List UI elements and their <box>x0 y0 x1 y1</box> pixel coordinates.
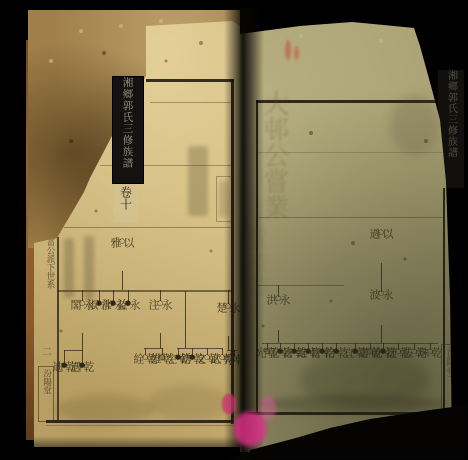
person-name: 以雅 <box>109 237 135 249</box>
page-gutter-shadow <box>224 8 264 460</box>
red-seal-mark <box>260 396 276 420</box>
bracket-line <box>144 348 163 349</box>
photo-of-genealogy-book: ○ 以雅 ○ 永閣 ● 永淑 ● 永泮 ● 永益 ○ 永注 ○ 永楚 ● 乾迪 … <box>0 0 468 460</box>
page-border <box>46 425 234 426</box>
book-title: 湘鄉郭氏三修族譜 <box>121 77 136 169</box>
ink-bleed-smudge <box>64 238 74 298</box>
person-name: 永波 <box>368 289 394 301</box>
stain <box>256 395 446 413</box>
tree-connector-line <box>278 330 279 343</box>
hall-name-box: 汾陽堂 <box>38 366 54 422</box>
red-seal-mark <box>222 394 236 414</box>
stain <box>55 395 155 423</box>
red-handwriting-mark <box>294 46 299 60</box>
page-border <box>46 420 234 423</box>
person-name: 永注 <box>147 299 173 311</box>
branch-line <box>256 285 344 286</box>
tree-connector-line <box>185 291 186 348</box>
bottom-shadow <box>34 436 240 456</box>
person-name: 以過 <box>368 228 394 240</box>
grid-line <box>150 102 232 103</box>
tree-connector-line <box>381 325 382 343</box>
ink-bleed-smudge <box>84 236 94 300</box>
hall-name: 汾陽堂 <box>41 369 51 421</box>
cover-title-label: 湘鄉郭氏三修族譜 <box>112 76 144 184</box>
page-border <box>57 237 59 421</box>
person-name: 乾珠 <box>417 347 443 359</box>
book-title: 湘鄉郭氏三修族譜 <box>444 70 459 158</box>
tree-connector-line <box>160 333 161 348</box>
volume-number: 卷十 <box>118 186 135 210</box>
person-name: 乾遇 <box>69 361 95 373</box>
bracket-line <box>64 350 83 351</box>
edge-speckles <box>0 0 2 2</box>
person-name: 永益 <box>115 299 141 311</box>
tree-connector-line <box>82 333 83 351</box>
tree-connector-line <box>381 263 382 292</box>
volume-label: 卷十 <box>114 186 138 222</box>
bracket-line <box>177 348 223 349</box>
fold-edge-page-number: 二 <box>42 348 52 358</box>
red-seal-mark <box>234 412 266 446</box>
stain <box>150 385 230 421</box>
red-handwriting-mark <box>285 40 291 60</box>
person-name: 永洪 <box>265 294 291 306</box>
tree-connector-line <box>122 271 123 290</box>
branch-line <box>262 343 438 344</box>
stain <box>390 95 440 155</box>
grid-line <box>64 227 232 228</box>
ink-bleed-smudge <box>188 146 208 216</box>
page-border <box>146 79 234 82</box>
